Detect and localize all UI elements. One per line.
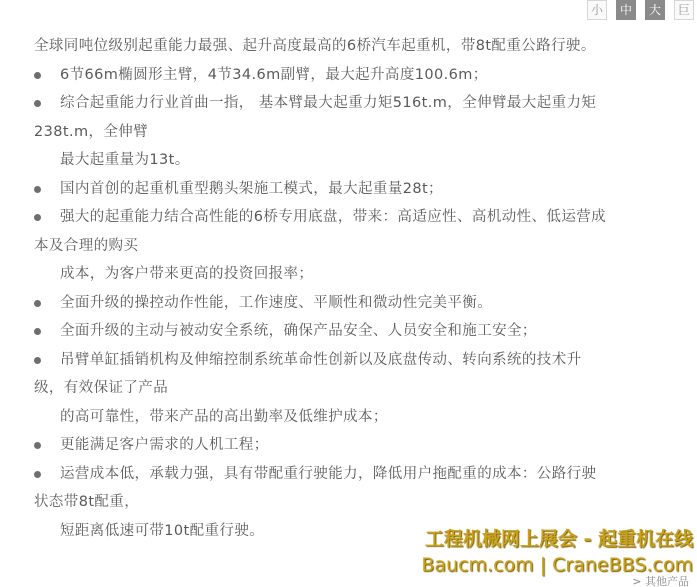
bullet-icon bbox=[34, 100, 41, 107]
bullet-icon bbox=[34, 72, 41, 79]
font-size-controls: 小 中 大 巨 bbox=[587, 0, 694, 20]
font-size-huge-button[interactable]: 巨 bbox=[674, 0, 694, 20]
bullet-icon bbox=[34, 357, 41, 364]
site-watermark: 工程机械网上展会 - 起重机在线 Baucm.com | CraneBBS.co… bbox=[421, 526, 693, 578]
bullet-icon bbox=[34, 471, 41, 478]
bullet-icon bbox=[34, 442, 41, 449]
list-item: 吊臂单缸插销机构及伸缩控制系统革命性创新以及底盘传动、转向系统的技术升 级，有效… bbox=[34, 346, 694, 432]
bullet-icon bbox=[34, 300, 41, 307]
list-item: 强大的起重能力结合高性能的6桥专用底盘，带来：高适应性、高机动性、低运营成 本及… bbox=[34, 203, 694, 289]
list-item: 更能满足客户需求的人机工程； bbox=[34, 431, 694, 460]
list-item: 全面升级的操控动作性能，工作速度、平顺性和微动性完美平衡。 bbox=[34, 289, 694, 318]
font-size-large-button[interactable]: 大 bbox=[645, 0, 665, 20]
bullet-icon bbox=[34, 328, 41, 335]
watermark-title: 工程机械网上展会 - 起重机在线 bbox=[421, 526, 693, 552]
intro-text: 全球同吨位级别起重能力最强、起升高度最高的6桥汽车起重机，带8t配重公路行驶。 bbox=[34, 32, 694, 61]
font-size-small-button[interactable]: 小 bbox=[587, 0, 607, 20]
list-item: 全面升级的主动与被动安全系统，确保产品安全、人员安全和施工安全； bbox=[34, 317, 694, 346]
list-item: 综合起重能力行业首曲一指， 基本臂最大起重力矩516t.m，全伸臂最大起重力矩 … bbox=[34, 89, 694, 175]
list-item: 6节66m椭圆形主臂，4节34.6m副臂，最大起升高度100.6m； bbox=[34, 61, 694, 90]
bullet-icon bbox=[34, 214, 41, 221]
other-products-link[interactable]: > 其他产品 bbox=[632, 573, 689, 587]
product-description: 全球同吨位级别起重能力最强、起升高度最高的6桥汽车起重机，带8t配重公路行驶。 … bbox=[34, 32, 694, 545]
font-size-medium-button[interactable]: 中 bbox=[616, 0, 636, 20]
bullet-icon bbox=[34, 186, 41, 193]
list-item: 国内首创的起重机重型鹅头架施工模式，最大起重量28t； bbox=[34, 175, 694, 204]
